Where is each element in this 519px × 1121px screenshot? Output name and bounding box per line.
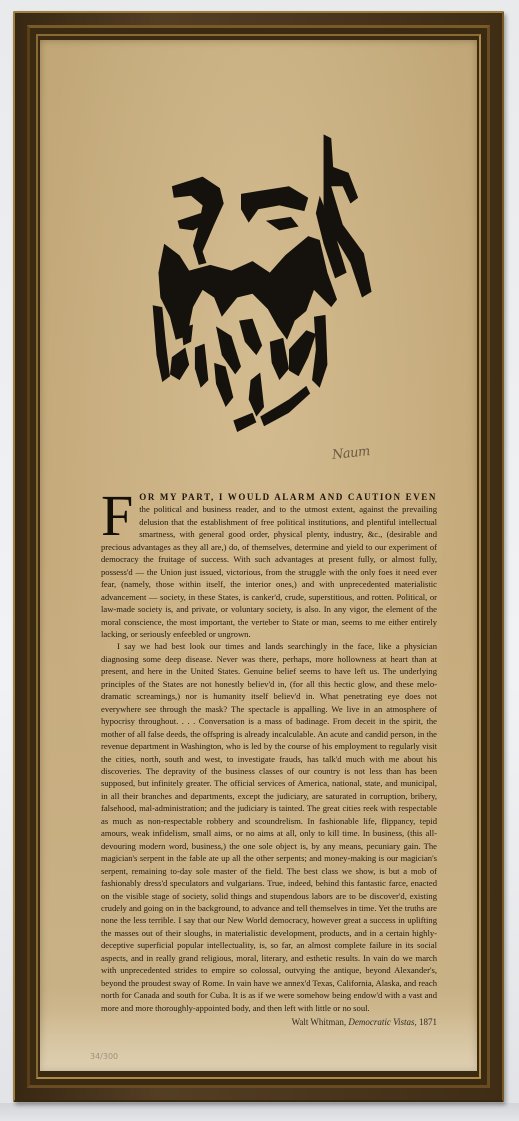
paragraph-2: I say we had best look our times and lan… — [101, 640, 437, 1014]
drop-cap: F — [101, 493, 133, 539]
table-surface — [0, 1103, 519, 1121]
lead-in-caps: OR MY PART, I WOULD ALARM AND CAUTION EV… — [139, 492, 437, 502]
paper-fade — [40, 1011, 477, 1071]
paragraph-1-body: the political and business reader, and t… — [101, 504, 437, 639]
print-paper: Naum FOR MY PART, I WOULD ALARM AND CAUT… — [40, 40, 477, 1071]
paragraph-1: FOR MY PART, I WOULD ALARM AND CAUTION E… — [101, 491, 437, 640]
quotation-text: FOR MY PART, I WOULD ALARM AND CAUTION E… — [101, 491, 437, 1028]
whitman-woodcut-portrait — [145, 122, 385, 452]
artist-signature: Naum — [331, 444, 370, 463]
